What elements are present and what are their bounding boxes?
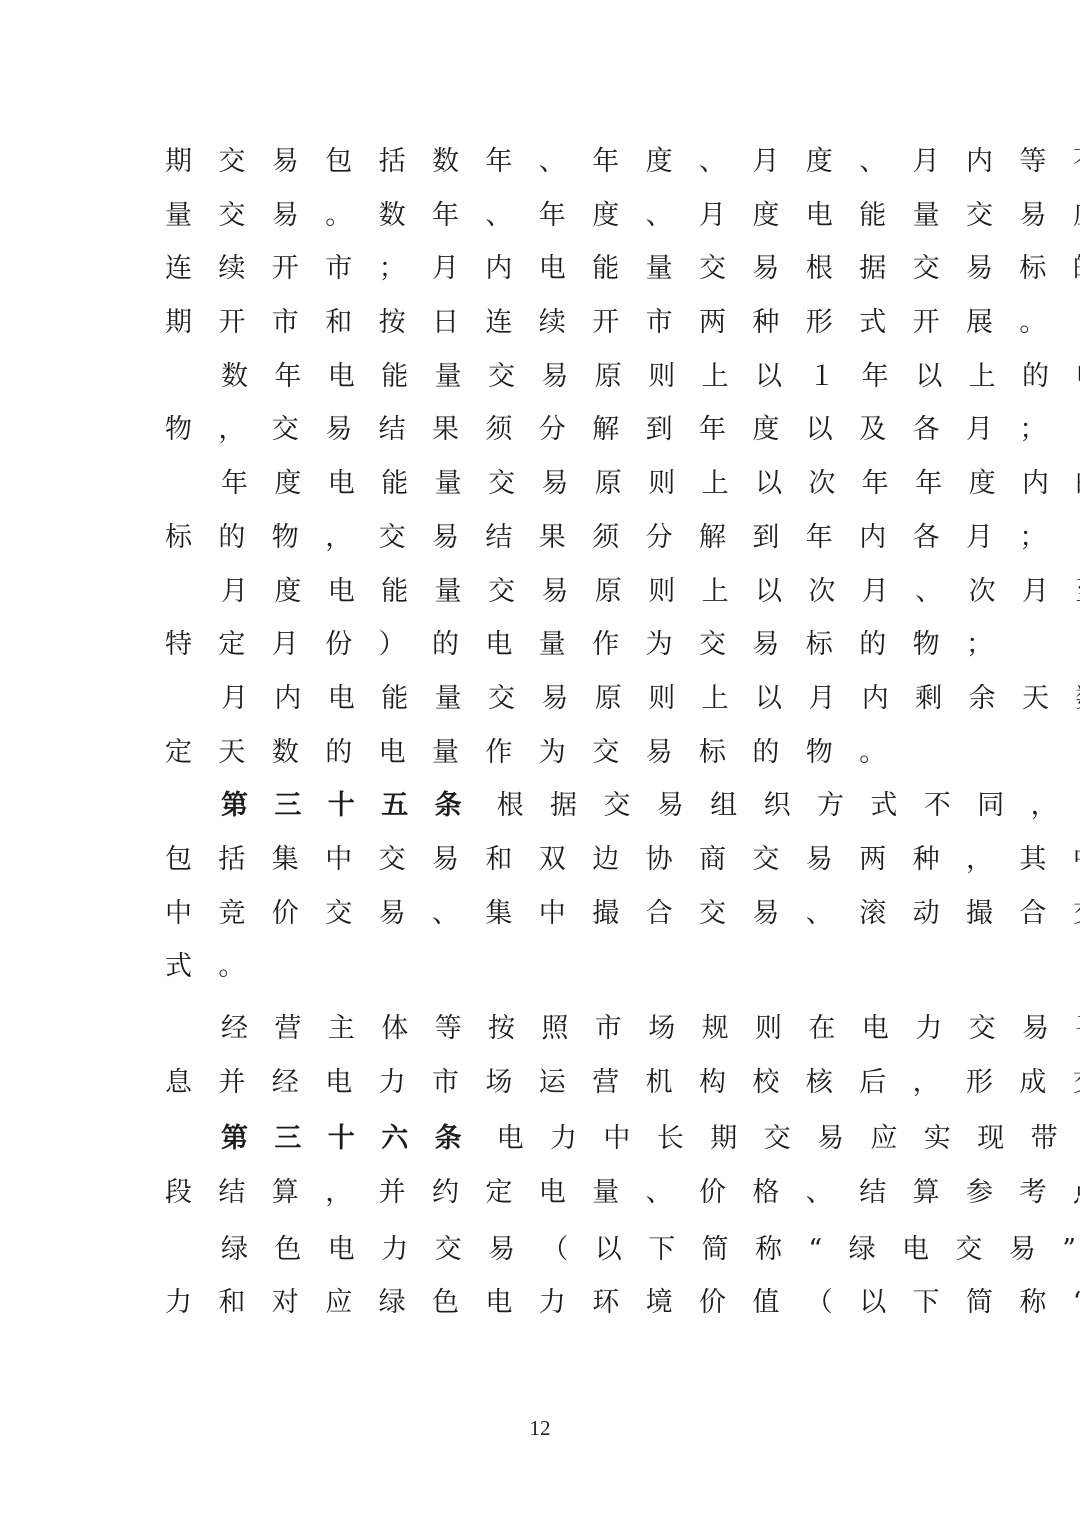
text-line: 特定月份）的电量作为交易标的物；	[165, 618, 917, 672]
article-35-first-line: 第三十五条 根据交易组织方式不同，电力中长期交易	[165, 779, 917, 833]
article-35-heading: 第三十五条	[221, 790, 488, 821]
text-line: 量交易。数年、年度、月度电能量交易应定期开市，可探索	[165, 189, 917, 243]
article-36-first-line: 第三十六条 电力中长期交易应实现带曲线签约、分时	[165, 1112, 917, 1166]
text-line: 物，交易结果须分解到年度以及各月；	[165, 403, 917, 457]
article-36-heading: 第三十六条	[221, 1123, 488, 1154]
text-line: 标的物，交易结果须分解到年内各月；	[165, 511, 917, 565]
article-36-text: 电力中长期交易应实现带曲线签约、分时	[497, 1123, 1080, 1154]
text-line: 经营主体等按照市场规则在电力交易平台申报交易信	[165, 1002, 917, 1056]
text-line: 段结算，并约定电量、价格、结算参考点等关键要素。	[165, 1166, 917, 1220]
page-number: 12	[0, 1416, 1080, 1441]
document-body: 期交易包括数年、年度、月度、月内等不同交割周期的电能 量交易。数年、年度、月度电…	[165, 135, 917, 1330]
document-page: 期交易包括数年、年度、月度、月内等不同交割周期的电能 量交易。数年、年度、月度电…	[0, 0, 1080, 1528]
text-line: 定天数的电量作为交易标的物。	[165, 726, 917, 780]
text-line: 力和对应绿色电力环境价值（以下简称“绿电环境价值”）	[165, 1276, 917, 1330]
text-line: 绿色电力交易（以下简称“绿电交易”）是指以绿色电	[165, 1223, 917, 1277]
text-line: 数年电能量交易原则上以１年以上的电量作为交易标的	[165, 350, 917, 404]
text-line: 息并经电力市场运营机构校核后，形成交易结果。	[165, 1056, 917, 1110]
text-line: 中竞价交易、集中撮合交易、滚动撮合交易、挂牌交易等方	[165, 887, 917, 941]
text-line: 连续开市；月内电能量交易根据交易标的物不同，可采用定	[165, 242, 917, 296]
text-line: 包括集中交易和双边协商交易两种，其中，集中交易包括集	[165, 833, 917, 887]
text-line: 期开市和按日连续开市两种形式开展。	[165, 296, 917, 350]
text-line: 月内电能量交易原则上以月内剩余天数的电量或者特	[165, 672, 917, 726]
text-line: 式。	[165, 940, 917, 994]
article-35-text: 根据交易组织方式不同，电力中长期交易	[497, 790, 1080, 821]
text-line: 期交易包括数年、年度、月度、月内等不同交割周期的电能	[165, 135, 917, 189]
text-line: 年度电能量交易原则上以次年年度内的电量作为交易	[165, 457, 917, 511]
text-line: 月度电能量交易原则上以次月、次月至当年年底内（含	[165, 565, 917, 619]
